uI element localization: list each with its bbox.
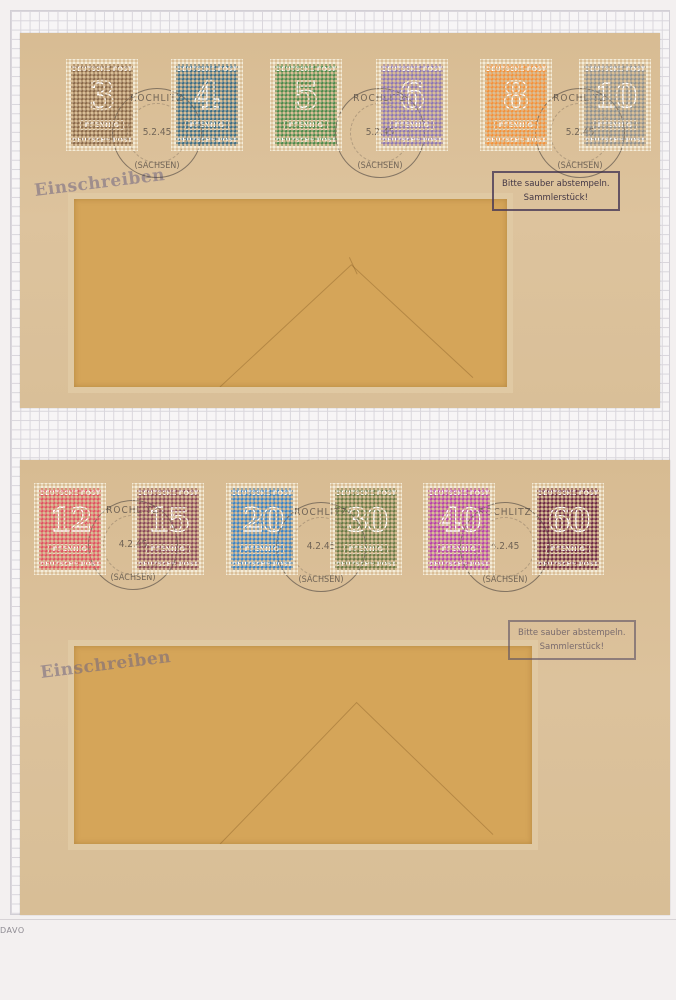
stamp-design: DEUTSCHE POST12PFENNIGDEUTSCHE POST <box>39 488 101 570</box>
stamp-header: DEUTSCHE POST <box>72 66 132 73</box>
stamp-denomination: 30 <box>346 501 387 539</box>
envelope-window <box>68 640 538 850</box>
stamp-unit: PFENNIG <box>344 544 388 554</box>
stamp-denomination: 12 <box>50 501 91 539</box>
stamp-unit: PFENNIG <box>284 120 328 130</box>
collector-handstamp: Bitte sauber abstempeln. Sammlerstück! <box>492 171 620 211</box>
stamp-footer: DEUTSCHE POST <box>72 137 132 144</box>
stamp-design: DEUTSCHE POST10PFENNIGDEUTSCHE POST <box>584 64 646 146</box>
stamp-footer: DEUTSCHE POST <box>585 137 645 144</box>
stamp-design: DEUTSCHE POST20PFENNIGDEUTSCHE POST <box>231 488 293 570</box>
stamp-denomination: 20 <box>242 501 283 539</box>
stamp-header: DEUTSCHE POST <box>538 490 598 497</box>
stamp-header: DEUTSCHE POST <box>276 66 336 73</box>
stamp-footer: DEUTSCHE POST <box>486 137 546 144</box>
stamp-footer: DEUTSCHE POST <box>382 137 442 144</box>
stamp-20-pfennig: DEUTSCHE POST20PFENNIGDEUTSCHE POST <box>226 483 298 575</box>
stamp-design: DEUTSCHE POST15PFENNIGDEUTSCHE POST <box>137 488 199 570</box>
stamp-footer: DEUTSCHE POST <box>336 561 396 568</box>
stamp-footer: DEUTSCHE POST <box>538 561 598 568</box>
stamp-unit: PFENNIG <box>80 120 124 130</box>
stamp-denomination: 60 <box>548 501 589 539</box>
stamp-denomination: 3 <box>89 77 115 115</box>
cover-envelope-1: Einschreiben Bitte sauber abstempeln. Sa… <box>20 33 660 408</box>
stamp-12-pfennig: DEUTSCHE POST12PFENNIGDEUTSCHE POST <box>34 483 106 575</box>
stamp-design: DEUTSCHE POST5PFENNIGDEUTSCHE POST <box>275 64 337 146</box>
handstamp-line-2: Sammlerstück! <box>502 191 610 205</box>
stamp-unit: PFENNIG <box>48 544 92 554</box>
stamp-unit: PFENNIG <box>240 544 284 554</box>
stamp-header: DEUTSCHE POST <box>336 490 396 497</box>
postmark-region: (SACHSEN) <box>277 575 365 585</box>
stamp-30-pfennig: DEUTSCHE POST30PFENNIGDEUTSCHE POST <box>330 483 402 575</box>
stamp-header: DEUTSCHE POST <box>232 490 292 497</box>
stamp-8-pfennig: DEUTSCHE POST8PFENNIGDEUTSCHE POST <box>480 59 552 151</box>
stamp-3-pfennig: DEUTSCHE POST3PFENNIGDEUTSCHE POST <box>66 59 138 151</box>
stamp-design: DEUTSCHE POST4PFENNIGDEUTSCHE POST <box>176 64 238 146</box>
stamp-5-pfennig: DEUTSCHE POST5PFENNIGDEUTSCHE POST <box>270 59 342 151</box>
stamp-unit: PFENNIG <box>185 120 229 130</box>
stamp-design: DEUTSCHE POST8PFENNIGDEUTSCHE POST <box>485 64 547 146</box>
stamp-denomination: 40 <box>439 501 480 539</box>
stamp-denomination: 5 <box>293 77 319 115</box>
stamp-header: DEUTSCHE POST <box>40 490 100 497</box>
stamp-header: DEUTSCHE POST <box>138 490 198 497</box>
envelope-window <box>68 193 513 393</box>
stamp-design: DEUTSCHE POST6PFENNIGDEUTSCHE POST <box>381 64 443 146</box>
stamp-unit: PFENNIG <box>390 120 434 130</box>
stamp-header: DEUTSCHE POST <box>585 66 645 73</box>
stamp-denomination: 10 <box>595 77 636 115</box>
stamp-header: DEUTSCHE POST <box>177 66 237 73</box>
stamp-footer: DEUTSCHE POST <box>429 561 489 568</box>
stamp-4-pfennig: DEUTSCHE POST4PFENNIGDEUTSCHE POST <box>171 59 243 151</box>
handstamp-line-2: Sammlerstück! <box>518 640 626 654</box>
stamp-denomination: 6 <box>399 77 425 115</box>
postmark-region: (SACHSEN) <box>113 161 201 171</box>
album-brand-mark: DAVO <box>0 926 25 935</box>
stamp-unit: PFENNIG <box>593 120 637 130</box>
page-divider <box>0 919 676 920</box>
handstamp-line-1: Bitte sauber abstempeln. <box>502 177 610 191</box>
postmark-region: (SACHSEN) <box>536 161 624 171</box>
stamp-design: DEUTSCHE POST3PFENNIGDEUTSCHE POST <box>71 64 133 146</box>
stamp-header: DEUTSCHE POST <box>429 490 489 497</box>
stamp-footer: DEUTSCHE POST <box>232 561 292 568</box>
stamp-footer: DEUTSCHE POST <box>40 561 100 568</box>
postmark-region: (SACHSEN) <box>336 161 424 171</box>
stamp-design: DEUTSCHE POST60PFENNIGDEUTSCHE POST <box>537 488 599 570</box>
stamp-unit: PFENNIG <box>437 544 481 554</box>
stamp-footer: DEUTSCHE POST <box>177 137 237 144</box>
collector-handstamp: Bitte sauber abstempeln. Sammlerstück! <box>508 620 636 660</box>
stamp-denomination: 15 <box>148 501 189 539</box>
envelope-flap-lines <box>74 646 532 844</box>
stamp-header: DEUTSCHE POST <box>486 66 546 73</box>
stamp-15-pfennig: DEUTSCHE POST15PFENNIGDEUTSCHE POST <box>132 483 204 575</box>
stamp-unit: PFENNIG <box>494 120 538 130</box>
stamp-footer: DEUTSCHE POST <box>138 561 198 568</box>
stamp-unit: PFENNIG <box>146 544 190 554</box>
stamp-footer: DEUTSCHE POST <box>276 137 336 144</box>
stamp-40-pfennig: DEUTSCHE POST40PFENNIGDEUTSCHE POST <box>423 483 495 575</box>
stamp-design: DEUTSCHE POST40PFENNIGDEUTSCHE POST <box>428 488 490 570</box>
stamp-denomination: 8 <box>503 77 529 115</box>
album-page: DAVO Einschreiben Bitte sauber abstempel… <box>0 0 676 1000</box>
cover-envelope-2: Einschreiben Bitte sauber abstempeln. Sa… <box>20 460 670 915</box>
postmark-region: (SACHSEN) <box>461 575 549 585</box>
stamp-unit: PFENNIG <box>546 544 590 554</box>
stamp-60-pfennig: DEUTSCHE POST60PFENNIGDEUTSCHE POST <box>532 483 604 575</box>
stamp-6-pfennig: DEUTSCHE POST6PFENNIGDEUTSCHE POST <box>376 59 448 151</box>
stamp-design: DEUTSCHE POST30PFENNIGDEUTSCHE POST <box>335 488 397 570</box>
stamp-denomination: 4 <box>194 77 220 115</box>
stamp-header: DEUTSCHE POST <box>382 66 442 73</box>
envelope-flap-lines <box>74 199 507 387</box>
handstamp-line-1: Bitte sauber abstempeln. <box>518 626 626 640</box>
stamp-10-pfennig: DEUTSCHE POST10PFENNIGDEUTSCHE POST <box>579 59 651 151</box>
